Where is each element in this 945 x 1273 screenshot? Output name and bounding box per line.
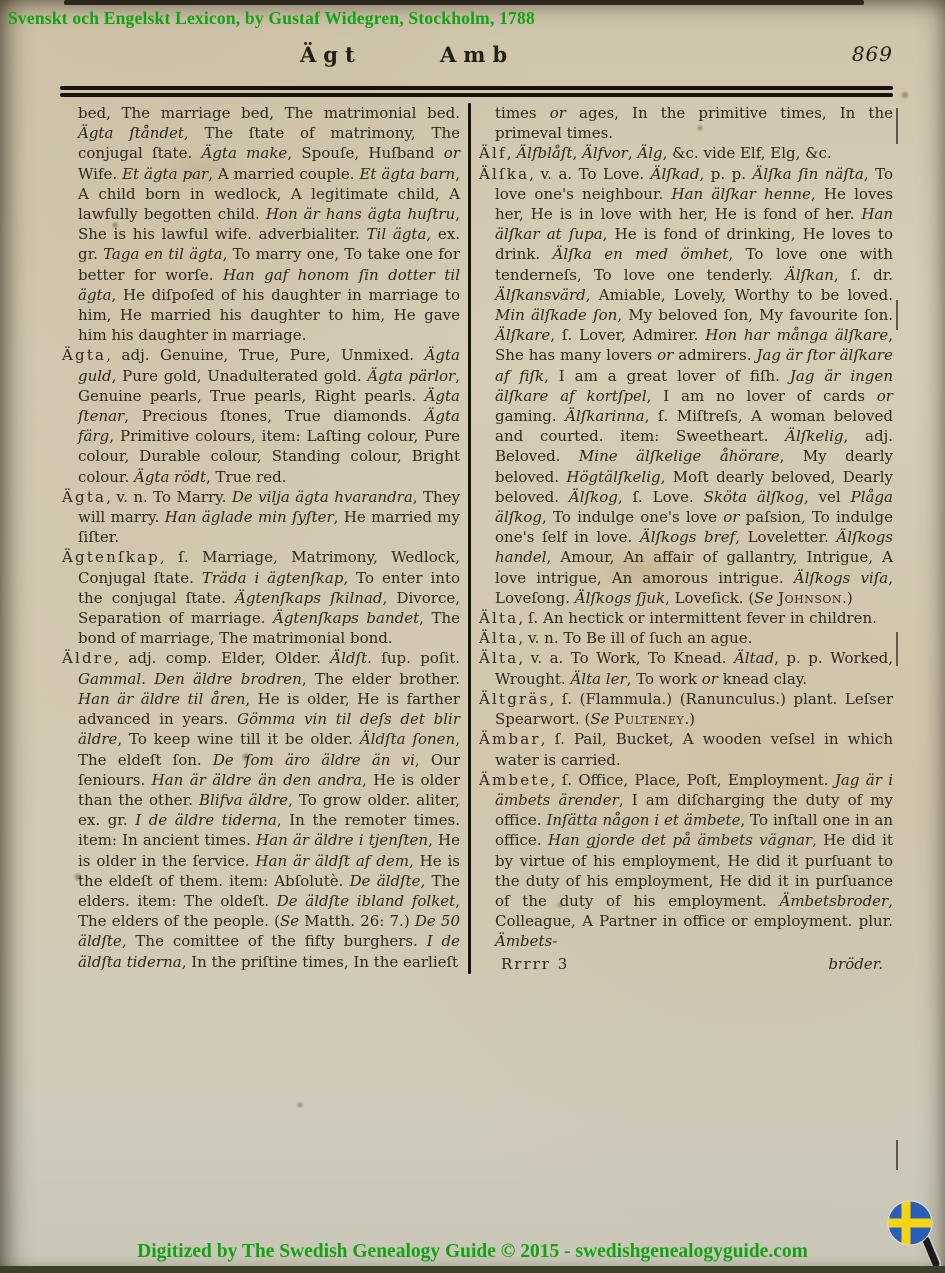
text-run: , The comittee of the fifty burghers. — [122, 932, 427, 950]
running-head-right: Amb — [440, 42, 514, 67]
text-run: Taga en til ägta — [103, 245, 223, 263]
text-run: Ägta pärlor — [367, 367, 455, 385]
text-run: , The elder brother. — [302, 670, 460, 688]
text-run: Han äglade min ſyſter — [165, 508, 334, 526]
text-run: Älſkan — [785, 266, 834, 284]
text-run: , v. n. To Marry. — [106, 488, 232, 506]
text-run: Se — [590, 710, 609, 728]
signature-mark: Rrrrr 3 — [501, 954, 569, 974]
text-run: Ämbets- — [495, 932, 557, 950]
entry-paragraph: Ältgräs, ſ. (Flammula.) (Ranunculus.) pl… — [479, 689, 893, 729]
text-run: gaming. — [495, 407, 565, 425]
entry-paragraph: Ämbete, ſ. Office, Place, Poſt, Employme… — [479, 770, 893, 952]
text-run: Pulteney — [614, 710, 684, 728]
headword: Älſka — [479, 165, 529, 183]
text-run: De vilja ägta hvarandra — [232, 488, 413, 506]
text-run: Älta ler — [570, 670, 626, 688]
text-run: Älſkansvärd — [495, 286, 586, 304]
text-run: Ämbetsbroder — [780, 892, 889, 910]
text-run: Högtälſkelig — [566, 468, 660, 486]
running-head: Ägt Amb 869 — [0, 42, 945, 78]
text-columns: bed, The marriage bed, The matrimonial b… — [62, 103, 893, 974]
entry-paragraph: Älſka, v. a. To Love. Älſkad, p. p. Älſk… — [479, 164, 893, 608]
headword: Älta — [479, 629, 518, 647]
text-run: or — [444, 144, 460, 162]
text-run: , Pure gold, Unadulterated gold. — [112, 367, 368, 385]
page-number: 869 — [852, 42, 893, 66]
text-run: , adj. Genuine, True, Pure, Unmixed. — [106, 346, 424, 364]
entry-paragraph: Älf, Älfblåſt, Älfvor, Älg, &c. vide Elf… — [479, 143, 893, 163]
column-divider-rule — [468, 103, 471, 974]
flag-cross-horizontal — [888, 1219, 932, 1228]
text-run: Älſkarinna — [565, 407, 644, 425]
text-run: , To indulge one's love — [542, 508, 723, 526]
text-run: Ältad — [734, 649, 774, 667]
page-edge-mark — [896, 108, 898, 144]
entry-paragraph: Älta, v. n. To Be ill of ſuch an ague. — [479, 628, 893, 648]
text-run: , True red. — [206, 468, 286, 486]
digitizer-bottom-caption: Digitized by The Swedish Genealogy Guide… — [0, 1241, 945, 1263]
text-run: Den äldre brodren — [154, 670, 302, 688]
text-run: Til ägta — [367, 225, 427, 243]
text-run: , — [507, 144, 517, 162]
continuation-paragraph: bed, The marriage bed, The matrimonial b… — [62, 103, 460, 345]
text-run: Hon har många älſkare — [705, 326, 888, 344]
text-run: Älg — [637, 144, 662, 162]
text-run: Sköta älſkog — [704, 488, 804, 506]
text-run: Ägta ſtåndet — [78, 124, 184, 142]
swedish-flag-magnifier-svg — [885, 1199, 941, 1269]
continuation-paragraph: times or ages, In the primitive times, I… — [479, 103, 893, 143]
rule-line — [60, 86, 893, 90]
text-run: Matth. 26: 7.) — [299, 912, 415, 930]
header-double-rule — [60, 86, 893, 97]
text-run: Älſka en med ömhet — [553, 245, 729, 263]
text-run: Johnson — [778, 589, 842, 607]
digitizer-top-caption: Svenskt och Engelskt Lexicon, by Gustaf … — [8, 8, 535, 29]
text-run: Älſkog — [569, 488, 618, 506]
scan-top-edge — [64, 0, 864, 5]
running-head-left: Ägt — [300, 42, 362, 67]
text-run: Et ägta barn — [359, 165, 455, 183]
scanned-dictionary-page: Svenskt och Engelskt Lexicon, by Gustaf … — [0, 0, 945, 1273]
text-run: , adj. comp. Elder, Older. — [114, 649, 330, 667]
page-edge-mark — [896, 300, 898, 330]
text-run: Se — [280, 912, 299, 930]
text-run: Han gjorde det på ämbets vägnar — [548, 831, 812, 849]
swedish-flag-magnifier-icon — [885, 1199, 941, 1269]
text-run: Älſkelig — [785, 427, 843, 445]
entry-paragraph: Ämbar, ſ. Pail, Bucket, A wooden veſsel … — [479, 729, 893, 769]
text-run: , My beloved ſon, My favourite ſon. — [617, 306, 893, 324]
text-run: ſup. poſit. — [372, 649, 460, 667]
text-run: , To work — [627, 670, 702, 688]
text-run: , ſ. Pail, Bucket, A wooden veſsel in wh… — [495, 730, 893, 768]
text-run: or — [550, 104, 566, 122]
text-run: Han älſkar henne — [672, 185, 811, 203]
headword: Ägtenſkap — [62, 548, 160, 566]
text-run: , &c. vide Elf, Elg, &c. — [663, 144, 832, 162]
text-run: Älſka ſin näſta — [753, 165, 864, 183]
headword: Ägta — [62, 346, 106, 364]
text-run: Inſätta någon i et ämbete — [546, 811, 740, 829]
text-run: Min älſkade ſon — [495, 306, 617, 324]
headword: Ämbar — [479, 730, 541, 748]
text-run: , v. a. To Work, To Knead. — [518, 649, 734, 667]
catchline-row: Rrrrr 3 bröder. — [479, 952, 893, 974]
text-run: .) — [684, 710, 695, 728]
text-run: De äldſte, — [350, 872, 426, 890]
text-run: Älſkare — [495, 326, 550, 344]
text-run: , — [572, 144, 582, 162]
page-edge-mark — [896, 632, 898, 666]
text-run: Han är äldre i tjenſten — [256, 831, 428, 849]
text-run: bed, The marriage bed, The matrimonial b… — [78, 104, 460, 122]
text-run: , In the priſtine times, In the earlieſt — [182, 953, 458, 971]
text-run: , I am no lover of cards — [647, 387, 877, 405]
catchword: bröder. — [828, 954, 883, 974]
headword: Älta — [479, 649, 518, 667]
text-run: , vel — [804, 488, 851, 506]
text-run: , ſ. dr. — [834, 266, 893, 284]
text-run: Se — [754, 589, 773, 607]
page-edge-mark — [896, 1140, 898, 1170]
text-run: , ſ. Office, Place, Poſt, Employment. — [551, 771, 835, 789]
text-run: , ſ. An hectick or intermittent fever in… — [518, 609, 877, 627]
entry-paragraph: Ägta, adj. Genuine, True, Pure, Unmixed.… — [62, 345, 460, 486]
text-run: Han är äldre til åren — [78, 690, 245, 708]
text-run: I de äldre tiderna — [135, 811, 277, 829]
text-run: , A married couple. — [208, 165, 359, 183]
headword: Älf — [479, 144, 507, 162]
text-run: Et ägta par — [122, 165, 208, 183]
column-left: bed, The marriage bed, The matrimonial b… — [62, 103, 460, 974]
text-run: , Loveſick. ( — [665, 589, 754, 607]
text-run: knead clay. — [718, 670, 807, 688]
text-run: Älſkogs ſjuk — [575, 589, 665, 607]
text-run: Älſkad — [651, 165, 700, 183]
scan-bottom-edge — [0, 1266, 945, 1273]
text-run: Ägtenſkaps ſkilnad — [235, 589, 383, 607]
entry-paragraph: Äldre, adj. comp. Elder, Older. Äldſt. ſ… — [62, 648, 460, 971]
text-run: Gammal. — [78, 670, 146, 688]
text-run: , Spouſe, Huſband — [287, 144, 443, 162]
entry-paragraph: Älta, ſ. An hectick or intermittent feve… — [479, 608, 893, 628]
text-run: Ägta rödt — [134, 468, 206, 486]
text-run: Blifva äldre — [199, 791, 288, 809]
text-run: Äldſt. — [330, 649, 372, 667]
text-run: Älſkogs viſa — [794, 569, 888, 587]
text-run: , v. a. To Love. — [529, 165, 650, 183]
text-run: .) — [842, 589, 853, 607]
text-run: , — [628, 144, 638, 162]
text-run: or — [877, 387, 893, 405]
text-run: Älfvor — [582, 144, 628, 162]
entry-paragraph: Ägtenſkap, ſ. Marriage, Matrimony, Wedlo… — [62, 547, 460, 648]
text-run: De äldſte ibland folket — [277, 892, 456, 910]
text-run: Han är äldre än den andra — [152, 771, 362, 789]
text-run: Älſkogs bref — [640, 528, 735, 546]
text-run: , He diſpoſed of his daughter in marriag… — [78, 286, 460, 344]
text-run: , ſ. Lover, Admirer. — [550, 326, 705, 344]
text-run: Hon är hans ägta huſtru — [266, 205, 455, 223]
text-run: , Loveletter. — [735, 528, 836, 546]
headword: Äldre — [62, 649, 114, 667]
text-run: , ſ. Love. — [618, 488, 704, 506]
text-run: , v. n. To Be ill of ſuch an ague. — [518, 629, 752, 647]
text-run — [146, 670, 154, 688]
text-run: Ägta make — [202, 144, 288, 162]
text-run: Älfblåſt — [516, 144, 572, 162]
headword: Ägta — [62, 488, 106, 506]
text-run: times — [495, 104, 550, 122]
text-run: , Amiable, Lovely, Worthy to be loved. — [586, 286, 893, 304]
column-right-paragraphs: times or ages, In the primitive times, I… — [479, 103, 893, 952]
headword: Ämbete — [479, 771, 551, 789]
magnifier-handle — [926, 1240, 936, 1264]
text-run: Äldſta ſonen — [360, 730, 455, 748]
text-run: Wife. — [78, 165, 122, 183]
text-run: , To keep wine till it be older. — [117, 730, 359, 748]
text-run: or — [657, 346, 673, 364]
text-run: , p. p. — [699, 165, 752, 183]
rule-line — [60, 93, 893, 97]
text-run: Träda i ägtenſkap — [202, 569, 344, 587]
column-right: times or ages, In the primitive times, I… — [479, 103, 893, 974]
text-run: , Precious ſtones, True diamonds. — [124, 407, 424, 425]
column-left-paragraphs: bed, The marriage bed, The matrimonial b… — [62, 103, 460, 972]
headword: Ältgräs — [479, 690, 549, 708]
text-run: Ägtenſkaps bandet — [273, 609, 419, 627]
headword: Älta — [479, 609, 518, 627]
text-run: admirers. — [673, 346, 756, 364]
text-run: or — [702, 670, 718, 688]
text-run: or — [723, 508, 739, 526]
entry-paragraph: Älta, v. a. To Work, To Knead. Ältad, p.… — [479, 648, 893, 688]
entry-paragraph: Ägta, v. n. To Marry. De vilja ägta hvar… — [62, 487, 460, 548]
text-run: Mine älſkelige åhörare — [579, 447, 780, 465]
text-run: De ſom äro äldre än vi — [213, 751, 415, 769]
text-run: , I am a great lover of fiſh. — [544, 367, 790, 385]
text-run: Han är äldſt af dem — [255, 852, 409, 870]
